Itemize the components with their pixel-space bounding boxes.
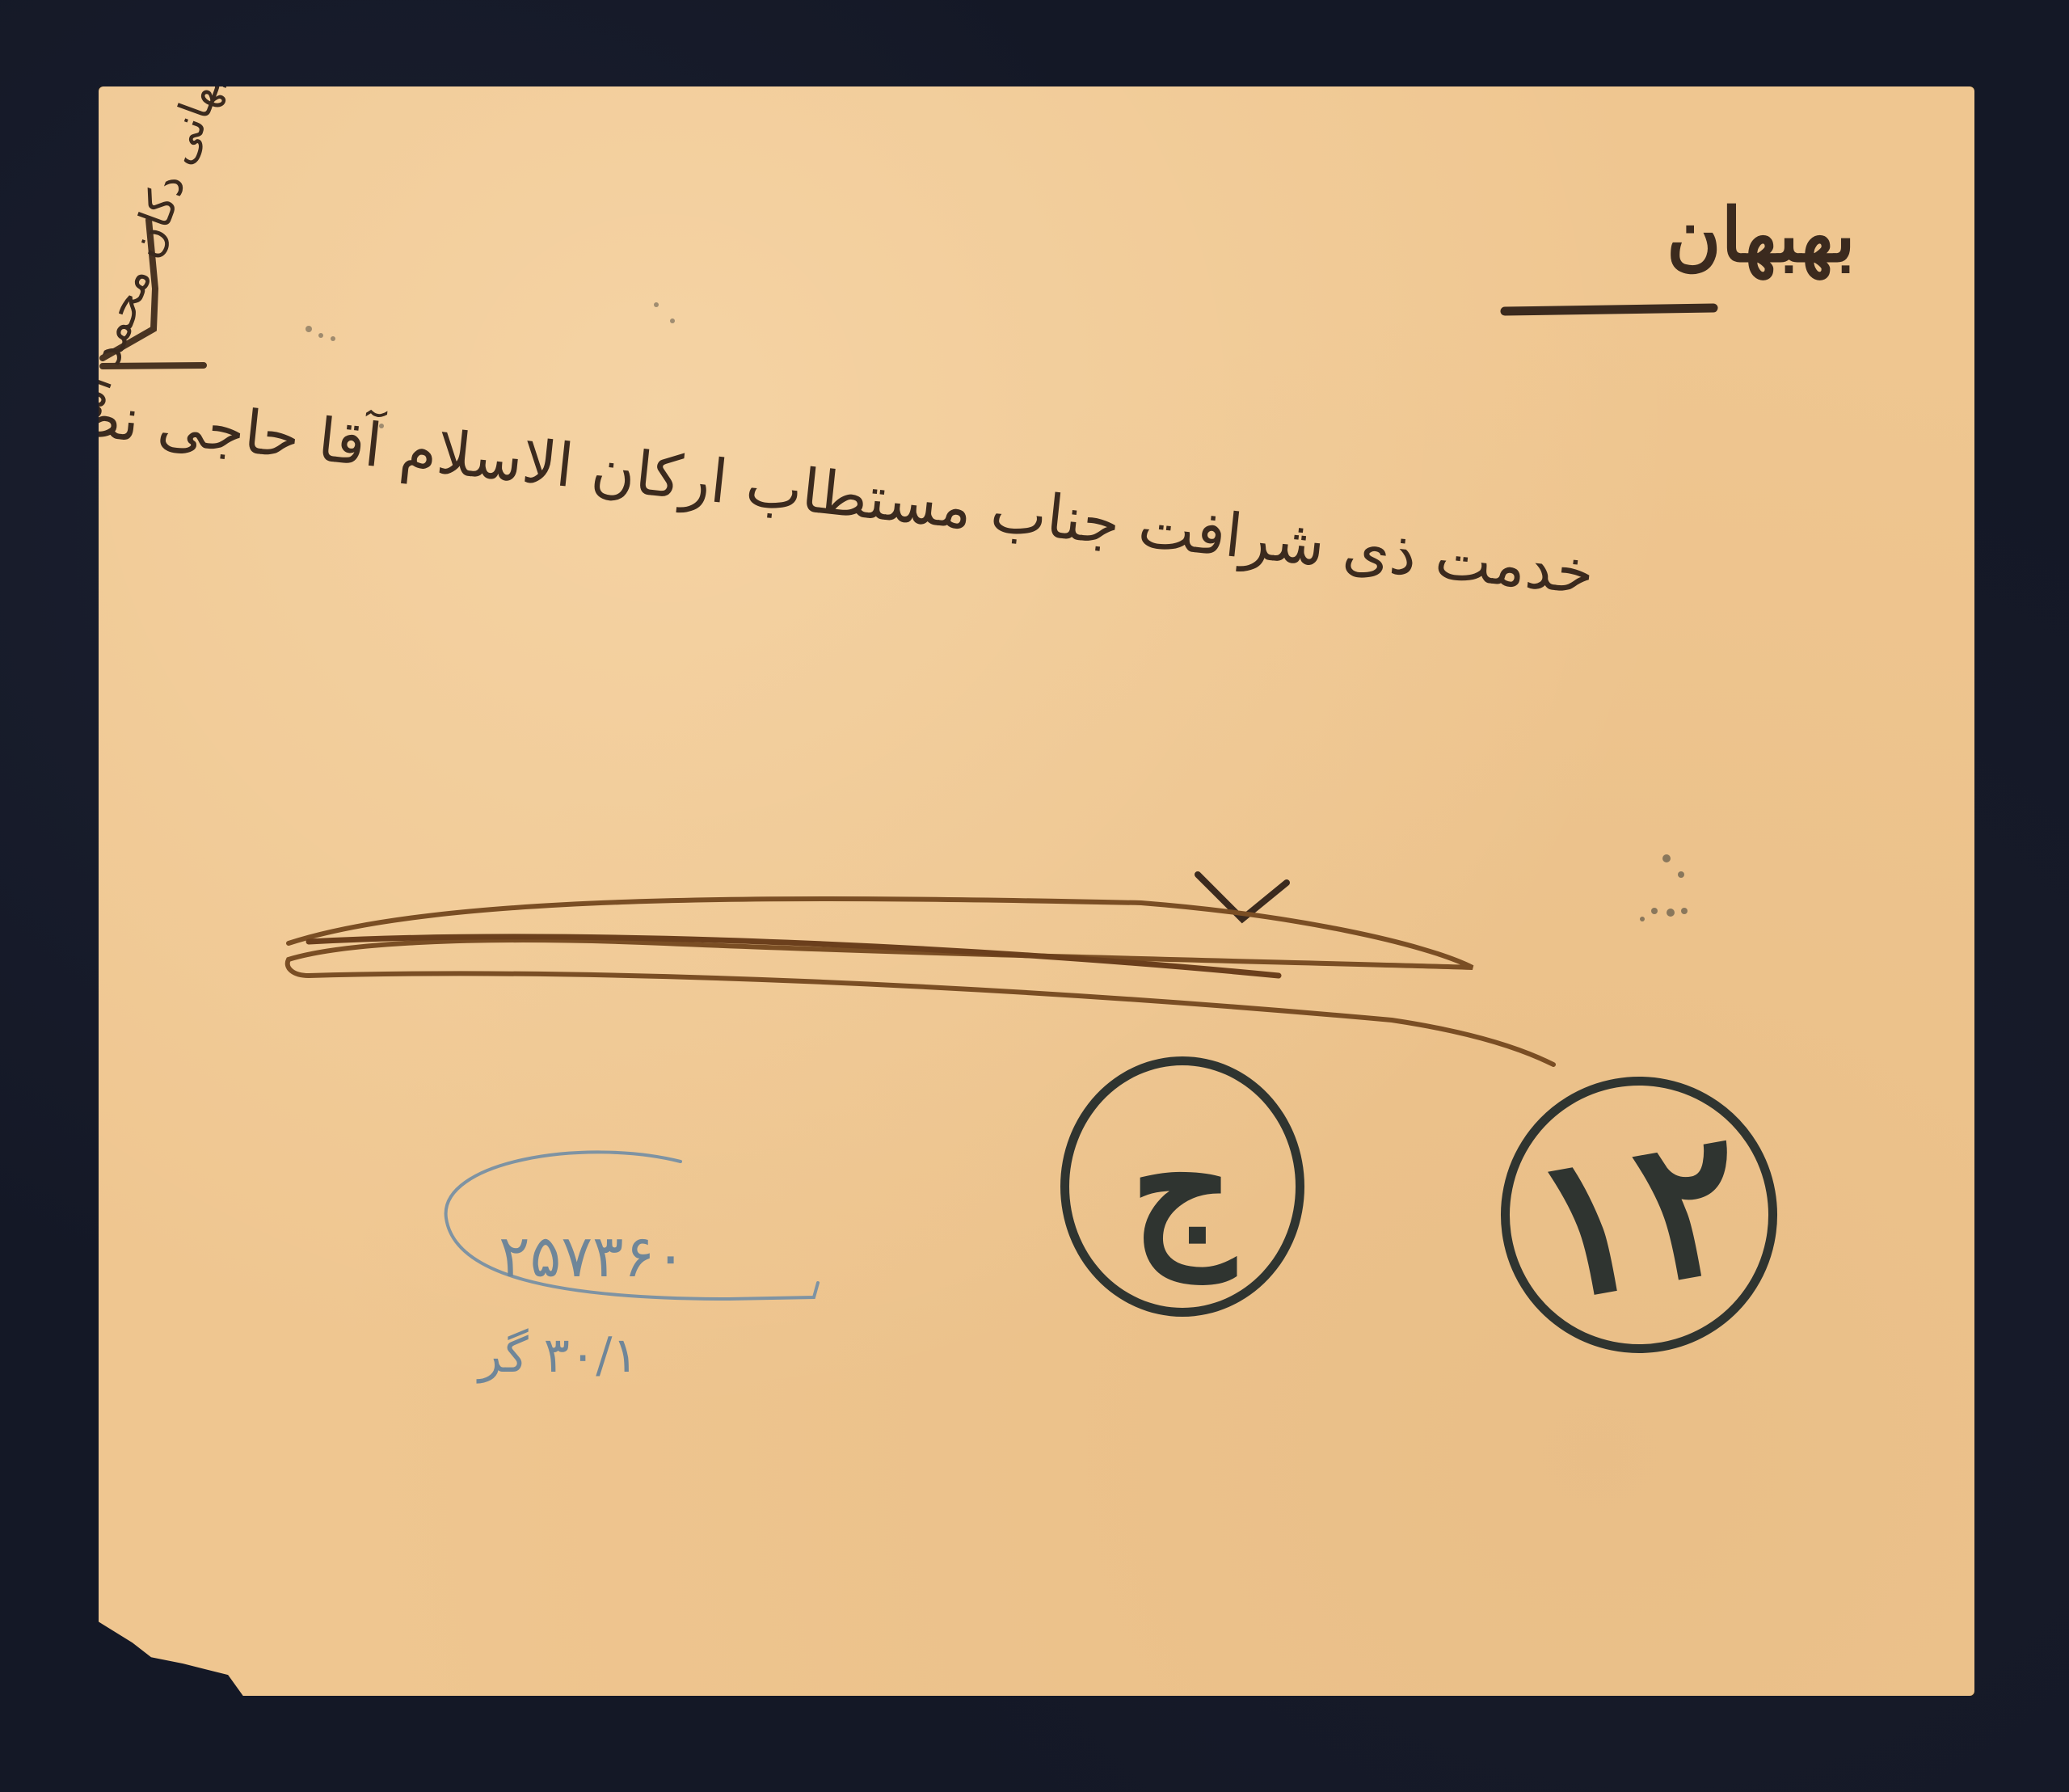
faint-postmark [1640, 854, 1688, 921]
destination-underline [1505, 308, 1713, 311]
signature-flourish [288, 899, 1553, 1065]
envelope: بهبهان خدمت ذی شرافت جناب مستطاب ارکان ا… [99, 86, 1974, 1696]
seal-left-glyph: ج [1130, 1092, 1234, 1282]
ink-strokes [99, 86, 1974, 1696]
seal-right-glyph: ۱۲ [1517, 1085, 1762, 1345]
registration-number: ۲۵۷۳۶۰ [499, 1222, 686, 1290]
destination-city: بهبهان [1667, 192, 1856, 279]
registration-date: ۳۰/۱ گر [478, 1327, 638, 1384]
seal-stamp-left: ج [1060, 1056, 1304, 1317]
